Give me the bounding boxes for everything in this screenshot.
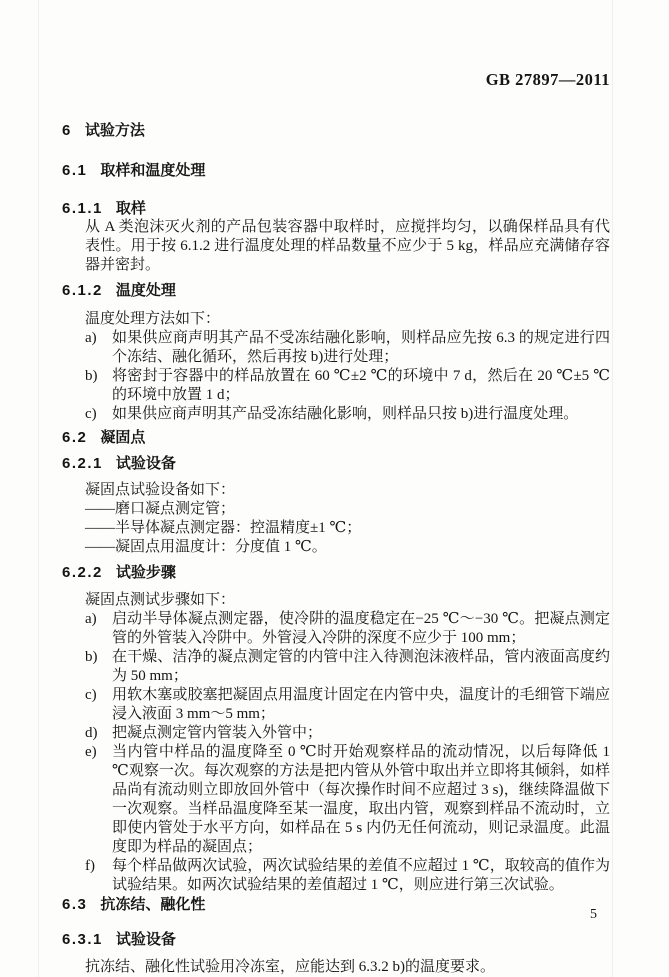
list-item-text: 把凝点测定管内管装入外管中； — [112, 724, 610, 743]
list-item-label: c) — [85, 405, 112, 424]
list-item: a) 如果供应商声明其产品不受冻结融化影响，则样品应先按 6.3 的规定进行四个… — [85, 329, 610, 367]
clause-6-1-heading: 6.1取样和温度处理 — [62, 161, 610, 180]
clause-title: 试验方法 — [85, 122, 145, 139]
clause-title: 抗冻结、融化性 — [100, 896, 205, 913]
list-item-label: c) — [85, 686, 112, 724]
clause-title: 取样 — [116, 200, 146, 217]
clause-number: 6.2.2 — [62, 564, 103, 581]
list-item-label: d) — [85, 724, 112, 743]
list-item-text: 将密封于容器中的样品放置在 60 ℃±2 ℃的环境中 7 d，然后在 20 ℃±… — [112, 367, 610, 405]
clause-title: 取样和温度处理 — [100, 162, 205, 179]
clause-number: 6 — [62, 122, 72, 139]
list-item-label: f) — [85, 857, 112, 895]
freezing-point-equipment-intro: 凝固点试验设备如下： — [85, 481, 610, 500]
freezing-point-steps-list: a) 启动半导体凝点测定器，使冷阱的温度稳定在−25 ℃～−30 ℃。把凝点测定… — [85, 610, 610, 895]
list-item: d) 把凝点测定管内管装入外管中； — [85, 724, 610, 743]
list-item: c) 用软木塞或胶塞把凝固点用温度计固定在内管中央，温度计的毛细管下端应浸入液面… — [85, 686, 610, 724]
clause-6-2-heading: 6.2凝固点 — [62, 428, 610, 447]
clause-title: 凝固点 — [100, 429, 145, 446]
clause-title: 试验设备 — [116, 931, 176, 948]
clause-6-3-heading: 6.3抗冻结、融化性 — [62, 895, 610, 914]
list-item: c) 如果供应商声明其产品受冻结融化影响，则样品只按 b)进行温度处理。 — [85, 405, 610, 424]
dash-item: ——半导体凝点测定器：控温精度±1 ℃； — [85, 519, 610, 538]
list-item-label: b) — [85, 367, 112, 405]
clause-6-2-2-heading: 6.2.2试验步骤 — [62, 563, 610, 582]
clause-number: 6.1.2 — [62, 282, 103, 299]
clause-number: 6.1 — [62, 162, 87, 179]
list-item-label: a) — [85, 329, 112, 367]
clause-title: 试验步骤 — [116, 564, 176, 581]
list-item: a) 启动半导体凝点测定器，使冷阱的温度稳定在−25 ℃～−30 ℃。把凝点测定… — [85, 610, 610, 648]
clause-title: 试验设备 — [116, 455, 176, 472]
list-item-text: 如果供应商声明其产品受冻结融化影响，则样品只按 b)进行温度处理。 — [112, 405, 610, 424]
clause-6-3-1-heading: 6.3.1试验设备 — [62, 930, 610, 949]
freezing-point-equipment-list: ——磨口凝点测定管； ——半导体凝点测定器：控温精度±1 ℃； ——凝固点用温度… — [62, 500, 610, 557]
document-page: GB 27897—2011 6试验方法 6.1取样和温度处理 6.1.1取样 从… — [0, 0, 669, 977]
clause-6-heading: 6试验方法 — [62, 121, 610, 140]
list-item-text: 当内管中样品的温度降至 0 ℃时开始观察样品的流动情况，以后每降低 1 ℃观察一… — [112, 743, 610, 857]
list-item-text: 在干燥、洁净的凝点测定管的内管中注入待测泡沫液样品，管内液面高度约为 50 mm… — [112, 648, 610, 686]
sampling-paragraph: 从 A 类泡沫灭火剂的产品包装容器中取样时，应搅拌均匀，以确保样品具有代表性。用… — [85, 218, 610, 275]
freezing-point-steps-intro: 凝固点测试步骤如下： — [85, 591, 610, 610]
scan-artifact-line — [612, 0, 613, 977]
clause-6-1-1-heading: 6.1.1取样 — [62, 199, 610, 218]
list-item-text: 每个样品做两次试验，两次试验结果的差值不应超过 1 ℃，取较高的值作为试验结果。… — [112, 857, 610, 895]
list-item-label: b) — [85, 648, 112, 686]
list-item: b) 在干燥、洁净的凝点测定管的内管中注入待测泡沫液样品，管内液面高度约为 50… — [85, 648, 610, 686]
temperature-treatment-list: a) 如果供应商声明其产品不受冻结融化影响，则样品应先按 6.3 的规定进行四个… — [85, 329, 610, 424]
clause-number: 6.2.1 — [62, 455, 103, 472]
scan-artifact-line — [38, 0, 39, 977]
list-item-label: e) — [85, 743, 112, 857]
dash-item: ——磨口凝点测定管； — [85, 500, 610, 519]
clause-number: 6.2 — [62, 429, 87, 446]
clause-title: 温度处理 — [116, 282, 176, 299]
page-number: 5 — [590, 905, 597, 924]
list-item-label: a) — [85, 610, 112, 648]
clause-number: 6.1.1 — [62, 200, 103, 217]
clause-6-2-1-heading: 6.2.1试验设备 — [62, 454, 610, 473]
dash-item: ——凝固点用温度计：分度值 1 ℃。 — [85, 538, 610, 557]
list-item: b) 将密封于容器中的样品放置在 60 ℃±2 ℃的环境中 7 d，然后在 20… — [85, 367, 610, 405]
list-item-text: 启动半导体凝点测定器，使冷阱的温度稳定在−25 ℃～−30 ℃。把凝点测定管的外… — [112, 610, 610, 648]
standard-number-header: GB 27897—2011 — [62, 70, 610, 89]
clause-number: 6.3 — [62, 896, 87, 913]
list-item: f) 每个样品做两次试验，两次试验结果的差值不应超过 1 ℃，取较高的值作为试验… — [85, 857, 610, 895]
clause-number: 6.3.1 — [62, 931, 103, 948]
temperature-treatment-intro: 温度处理方法如下： — [85, 310, 610, 329]
freeze-thaw-equipment-paragraph: 抗冻结、融化性试验用冷冻室，应能达到 6.3.2 b)的温度要求。 — [85, 958, 610, 977]
clause-6-1-2-heading: 6.1.2温度处理 — [62, 281, 610, 300]
list-item: e) 当内管中样品的温度降至 0 ℃时开始观察样品的流动情况，以后每降低 1 ℃… — [85, 743, 610, 857]
list-item-text: 如果供应商声明其产品不受冻结融化影响，则样品应先按 6.3 的规定进行四个冻结、… — [112, 329, 610, 367]
list-item-text: 用软木塞或胶塞把凝固点用温度计固定在内管中央，温度计的毛细管下端应浸入液面 3 … — [112, 686, 610, 724]
